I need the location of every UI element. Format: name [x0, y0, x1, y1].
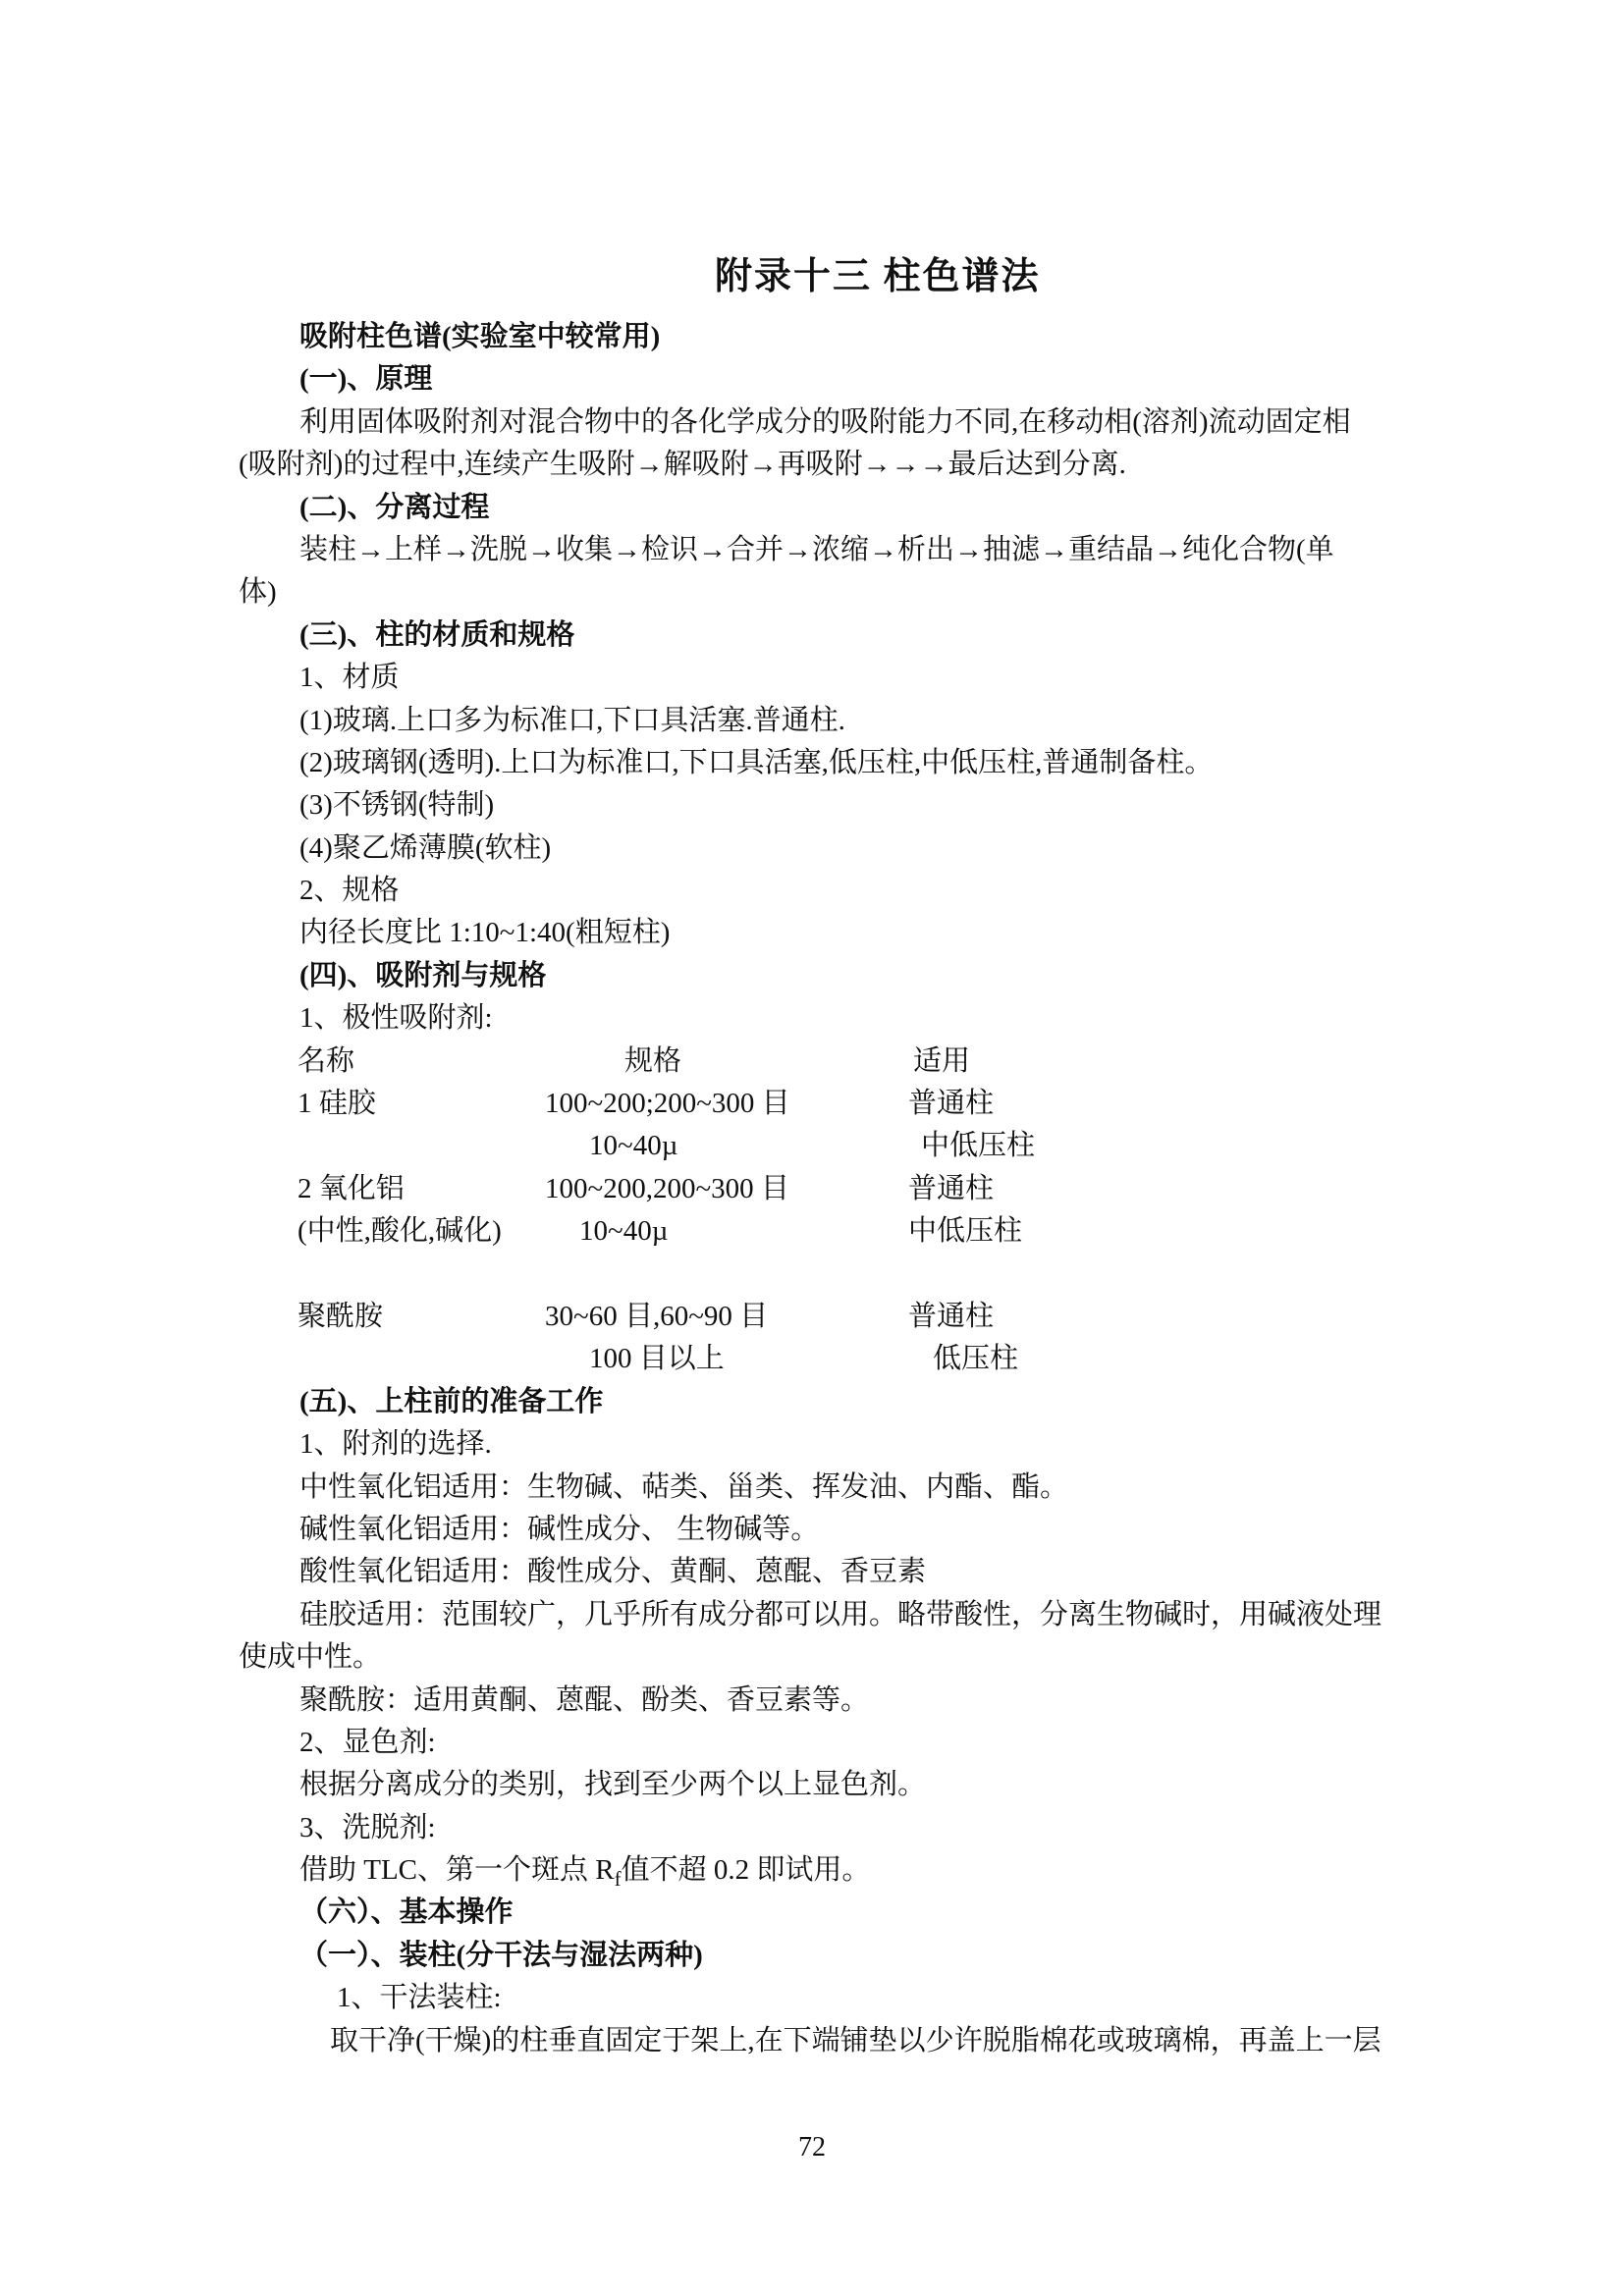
table-row: 1 硅胶 100~200;200~300 目 普通柱 — [239, 1083, 1384, 1125]
dry-packing-subheading: 1、干法装柱: — [239, 1977, 1384, 2019]
table-row: (中性,酸化,碱化) 10~40µ 中低压柱 — [239, 1210, 1384, 1253]
section-6-sub-heading: （一）、装柱(分干法与湿法两种) — [239, 1935, 1384, 1977]
spec-subheading: 2、规格 — [239, 870, 1384, 912]
acidic-alumina-line: 酸性氧化铝适用：酸性成分、黄酮、蒽醌、香豆素 — [239, 1551, 1384, 1593]
table-cell-spec: 10~40µ — [589, 1125, 677, 1167]
separation-process-line-1: 装柱→上样→洗脱→收集→检识→合并→浓缩→析出→抽滤→重结晶→纯化合物(单 — [239, 529, 1384, 571]
table-cell-use: 普通柱 — [908, 1168, 994, 1210]
table-header-use: 适用 — [913, 1041, 970, 1083]
page-title: 附录十三 柱色谱法 — [715, 245, 1041, 299]
table-cell-use: 中低压柱 — [921, 1125, 1035, 1167]
section-5-heading: (五)、上柱前的准备工作 — [239, 1381, 1384, 1423]
section-1-heading: (一)、原理 — [239, 358, 1384, 400]
material-item-steel: (3)不锈钢(特制) — [239, 784, 1384, 827]
material-item-glass: (1)玻璃.上口多为标准口,下口具活塞.普通柱. — [239, 700, 1384, 742]
page-number: 72 — [0, 2132, 1624, 2163]
table-cell-name: (中性,酸化,碱化) — [298, 1210, 502, 1253]
document-page: 附录十三 柱色谱法 吸附柱色谱(实验室中较常用) (一)、原理 利用固体吸附剂对… — [0, 0, 1624, 2296]
table-cell-spec: 10~40µ — [579, 1210, 668, 1253]
table-cell-spec: 100 目以上 — [589, 1338, 725, 1380]
table-cell-name: 1 硅胶 — [298, 1083, 376, 1125]
polar-adsorbent-subheading: 1、极性吸附剂: — [239, 997, 1384, 1040]
principle-paragraph-line-2: (吸附剂)的过程中,连续产生吸附→解吸附→再吸附→→→最后达到分离. — [239, 444, 1384, 486]
table-cell-use: 低压柱 — [933, 1338, 1018, 1380]
table-header-spec: 规格 — [624, 1041, 681, 1083]
silica-gel-line-1: 硅胶适用：范围较广，几乎所有成分都可以用。略带酸性，分离生物碱时，用碱液处理 — [239, 1594, 1384, 1636]
table-header-row: 名称 规格 适用 — [239, 1041, 1384, 1083]
tlc-text-suffix: 值不超 0.2 即试用。 — [622, 1854, 871, 1886]
table-cell-name: 聚酰胺 — [298, 1296, 383, 1338]
doc-subtitle: 吸附柱色谱(实验室中较常用) — [239, 316, 1384, 358]
table-cell-spec: 100~200,200~300 目 — [545, 1168, 789, 1210]
color-reagent-subheading: 2、显色剂: — [239, 1722, 1384, 1764]
section-2-heading: (二)、分离过程 — [239, 487, 1384, 529]
color-reagent-line: 根据分离成分的类别，找到至少两个以上显色剂。 — [239, 1764, 1384, 1806]
tlc-text-prefix: 借助 TLC、第一个斑点 R — [299, 1854, 615, 1886]
silica-gel-line-2: 使成中性。 — [239, 1636, 1384, 1679]
section-3-heading: (三)、柱的材质和规格 — [239, 614, 1384, 657]
table-cell-use: 普通柱 — [908, 1296, 994, 1338]
table-row: 100 目以上 低压柱 — [239, 1338, 1384, 1380]
table-header-name: 名称 — [298, 1041, 354, 1083]
separation-process-line-2: 体) — [239, 571, 1384, 614]
blank-line — [239, 1254, 1384, 1296]
table-cell-use: 普通柱 — [908, 1083, 994, 1125]
section-4-heading: (四)、吸附剂与规格 — [239, 955, 1384, 997]
table-row: 2 氧化铝 100~200,200~300 目 普通柱 — [239, 1168, 1384, 1210]
material-subheading: 1、材质 — [239, 657, 1384, 699]
rf-subscript: f — [615, 1867, 622, 1891]
neutral-alumina-line: 中性氧化铝适用：生物碱、萜类、甾类、挥发油、内酯、酯。 — [239, 1467, 1384, 1509]
adsorbent-choice-subheading: 1、附剂的选择. — [239, 1423, 1384, 1466]
eluent-subheading: 3、洗脱剂: — [239, 1807, 1384, 1849]
table-row: 聚酰胺 30~60 目,60~90 目 普通柱 — [239, 1296, 1384, 1338]
dry-packing-line: 取干净(干燥)的柱垂直固定于架上,在下端铺垫以少许脱脂棉花或玻璃棉，再盖上一层 — [239, 2020, 1384, 2062]
material-item-polyethylene: (4)聚乙烯薄膜(软柱) — [239, 828, 1384, 870]
table-cell-spec: 100~200;200~300 目 — [545, 1083, 790, 1125]
spec-ratio-line: 内径长度比 1:10~1:40(粗短柱) — [239, 912, 1384, 954]
principle-paragraph-line-1: 利用固体吸附剂对混合物中的各化学成分的吸附能力不同,在移动相(溶剂)流动固定相 — [239, 401, 1384, 444]
table-cell-name: 2 氧化铝 — [298, 1168, 405, 1210]
table-cell-use: 中低压柱 — [908, 1210, 1022, 1253]
table-row: 10~40µ 中低压柱 — [239, 1125, 1384, 1167]
polyamide-use-line: 聚酰胺：适用黄酮、蒽醌、酚类、香豆素等。 — [239, 1680, 1384, 1722]
table-cell-spec: 30~60 目,60~90 目 — [545, 1296, 768, 1338]
section-6-heading: （六）、基本操作 — [239, 1892, 1384, 1934]
material-item-fiberglass: (2)玻璃钢(透明).上口为标准口,下口具活塞,低压柱,中低压柱,普通制备柱。 — [239, 742, 1384, 784]
basic-alumina-line: 碱性氧化铝适用：碱性成分、 生物碱等。 — [239, 1509, 1384, 1551]
document-body: 吸附柱色谱(实验室中较常用) (一)、原理 利用固体吸附剂对混合物中的各化学成分… — [239, 316, 1384, 2062]
eluent-tlc-line: 借助 TLC、第一个斑点 Rf值不超 0.2 即试用。 — [239, 1849, 1384, 1892]
